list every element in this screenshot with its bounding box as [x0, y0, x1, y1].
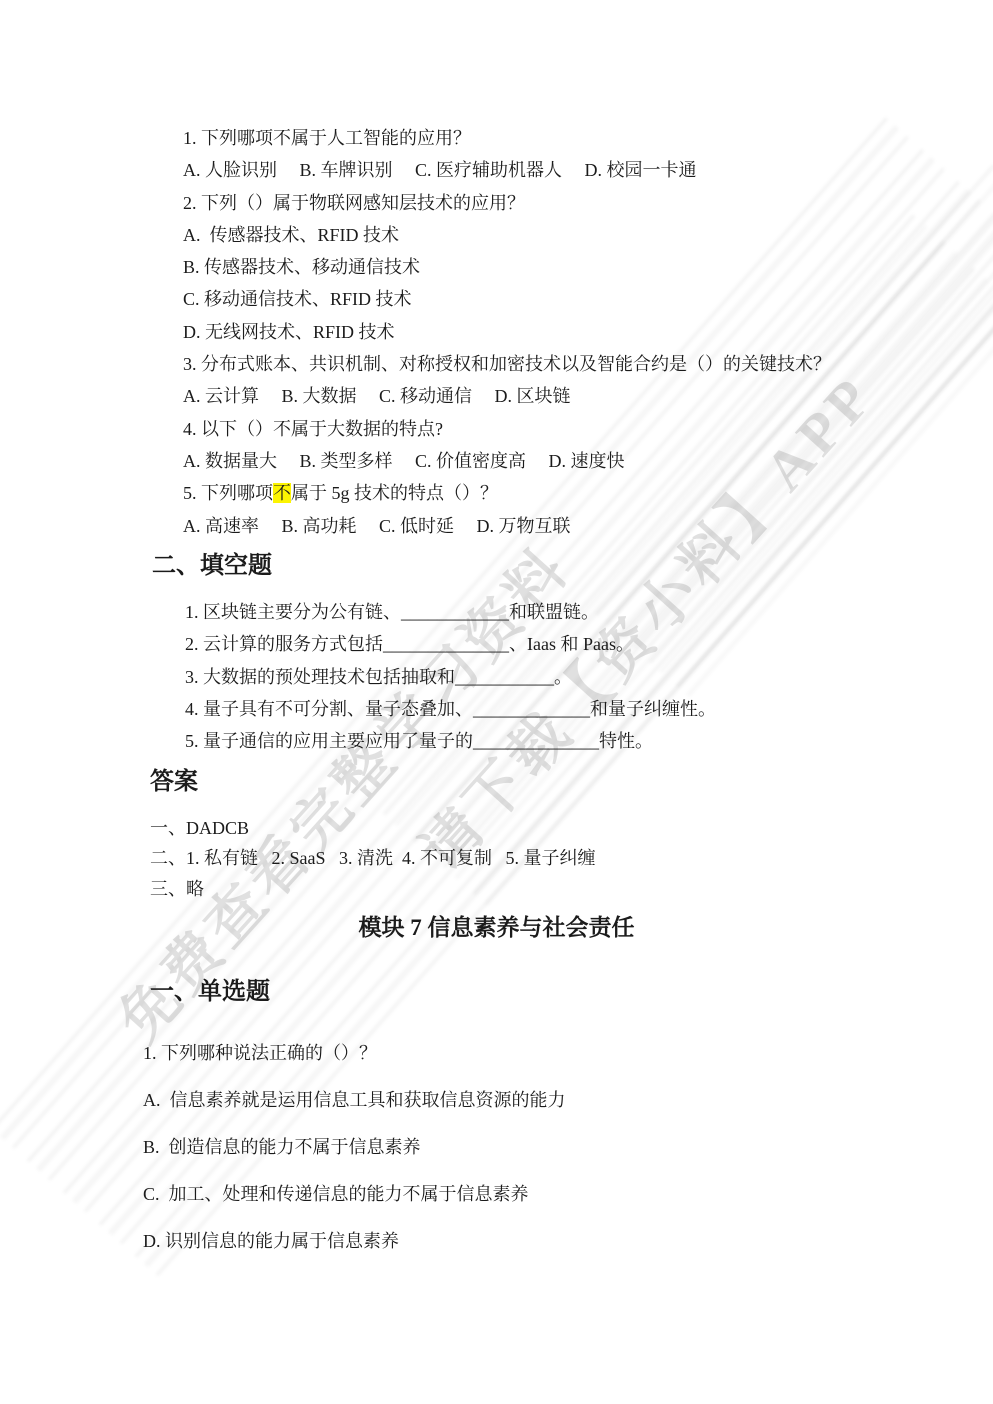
fill-in-heading: 二、填空题 [152, 551, 272, 581]
m7-option-d: D. 识别信息的能力属于信息素养 [143, 1218, 566, 1265]
answer-row-3: 三、略 [150, 874, 596, 904]
fill-item-2: 2. 云计算的服务方式包括______________、Iaas 和 Paas。 [185, 628, 716, 660]
m7-option-c: C. 加工、处理和传递信息的能力不属于信息素养 [143, 1171, 566, 1218]
module7-question-block: 1. 下列哪种说法正确的（）？ A. 信息素养就是运用信息工具和获取信息资源的能… [143, 1030, 566, 1265]
question-2-option-b: B. 传感器技术、移动通信技术 [183, 251, 831, 283]
fill-item-1: 1. 区块链主要分为公有链、____________和联盟链。 [185, 596, 716, 628]
fill-item-4: 4. 量子具有不可分割、量子态叠加、_____________和量子纠缠性。 [185, 693, 716, 725]
question-3: 3. 分布式账本、共识机制、对称授权和加密技术以及智能合约是（）的关键技术？ [183, 348, 831, 380]
question-5-pre: 5. 下列哪项 [183, 483, 273, 503]
question-1: 1. 下列哪项不属于人工智能的应用？ [183, 122, 831, 154]
module7-title: 模块 7 信息素养与社会责任 [0, 912, 993, 944]
answers-heading: 答案 [150, 767, 198, 797]
question-4-options: A. 数据量大 B. 类型多样 C. 价值密度高 D. 速度快 [183, 445, 831, 477]
question-5-post: 属于 5g 技术的特点（）？ [291, 483, 498, 503]
question-5-highlight: 不 [273, 483, 291, 503]
fill-item-5: 5. 量子通信的应用主要应用了量子的______________特性。 [185, 725, 716, 757]
question-4: 4. 以下（）不属于大数据的特点? [183, 413, 831, 445]
document-page: 免费查看完整学习资料 请下载【资小料】APP 1. 下列哪项不属于人工智能的应用… [0, 0, 993, 1404]
m7-question-1: 1. 下列哪种说法正确的（）？ [143, 1030, 566, 1077]
single-choice-heading: 一、单选题 [150, 977, 270, 1007]
question-2-option-c: C. 移动通信技术、RFID 技术 [183, 283, 831, 315]
question-3-options: A. 云计算 B. 大数据 C. 移动通信 D. 区块链 [183, 380, 831, 412]
answers-list: 一、DADCB 二、1. 私有链 2. SaaS 3. 清洗 4. 不可复制 5… [150, 813, 596, 904]
question-2-option-d: D. 无线网技术、RFID 技术 [183, 316, 831, 348]
m7-option-b: B. 创造信息的能力不属于信息素养 [143, 1124, 566, 1171]
answer-row-1: 一、DADCB [150, 813, 596, 843]
multiple-choice-section: 1. 下列哪项不属于人工智能的应用？ A. 人脸识别 B. 车牌识别 C. 医疗… [183, 122, 831, 542]
question-2-option-a: A. 传感器技术、RFID 技术 [183, 219, 831, 251]
m7-option-a: A. 信息素养就是运用信息工具和获取信息资源的能力 [143, 1077, 566, 1124]
answer-row-2: 二、1. 私有链 2. SaaS 3. 清洗 4. 不可复制 5. 量子纠缠 [150, 843, 596, 873]
fill-in-list: 1. 区块链主要分为公有链、____________和联盟链。 2. 云计算的服… [185, 596, 716, 757]
question-1-options: A. 人脸识别 B. 车牌识别 C. 医疗辅助机器人 D. 校园一卡通 [183, 154, 831, 186]
fill-item-3: 3. 大数据的预处理技术包括抽取和___________。 [185, 661, 716, 693]
question-2: 2. 下列（）属于物联网感知层技术的应用？ [183, 187, 831, 219]
question-5-options: A. 高速率 B. 高功耗 C. 低时延 D. 万物互联 [183, 510, 831, 542]
question-5: 5. 下列哪项不属于 5g 技术的特点（）？ [183, 477, 831, 509]
